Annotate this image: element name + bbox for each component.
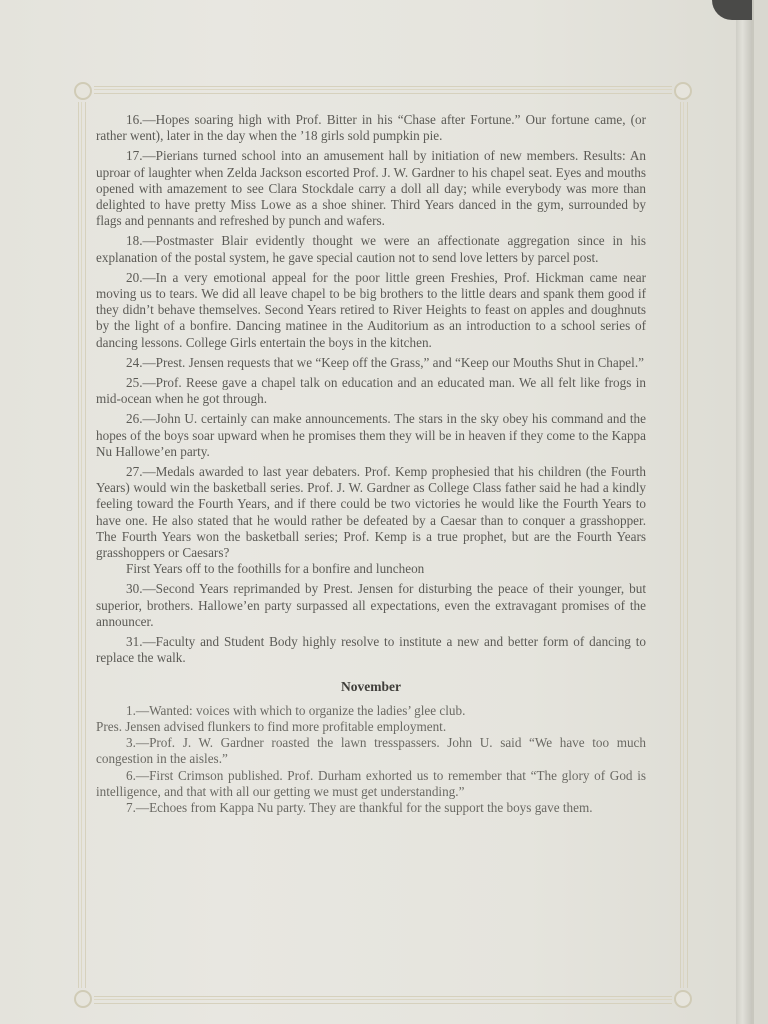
entry-nov-6: 6.—First Crimson published. Prof. Durham…: [96, 768, 646, 800]
entry-nov-1: 1.—Wanted: voices with which to organize…: [96, 703, 646, 719]
entry-oct-27-cont: First Years off to the foothills for a b…: [96, 561, 646, 577]
entry-oct-27: 27.—Medals awarded to last year debaters…: [96, 464, 646, 561]
entry-oct-24: 24.—Prest. Jensen requests that we “Keep…: [96, 355, 646, 371]
border-top: [94, 86, 672, 94]
page-text: 16.—Hopes soaring high with Prof. Bitter…: [96, 112, 646, 816]
corner-ornament-icon: [74, 82, 92, 100]
border-right: [680, 102, 688, 988]
corner-ornament-icon: [74, 990, 92, 1008]
entry-oct-30: 30.—Second Years reprimanded by Prest. J…: [96, 581, 646, 630]
entry-nov-7: 7.—Echoes from Kappa Nu party. They are …: [96, 800, 646, 816]
entry-oct-20: 20.—In a very emotional appeal for the p…: [96, 270, 646, 351]
entry-oct-18: 18.—Postmaster Blair evidently thought w…: [96, 233, 646, 265]
entry-nov-1-cont: Pres. Jensen advised flunkers to find mo…: [96, 719, 646, 735]
border-left: [78, 102, 86, 988]
corner-ornament-icon: [674, 82, 692, 100]
entry-oct-17: 17.—Pierians turned school into an amuse…: [96, 148, 646, 229]
entry-oct-26: 26.—John U. certainly can make announcem…: [96, 411, 646, 460]
book-page: 16.—Hopes soaring high with Prof. Bitter…: [0, 0, 754, 1024]
entry-nov-3: 3.—Prof. J. W. Gardner roasted the lawn …: [96, 735, 646, 767]
corner-ornament-icon: [674, 990, 692, 1008]
entry-oct-31: 31.—Faculty and Student Body highly reso…: [96, 634, 646, 666]
corner-shadow: [712, 0, 752, 20]
section-heading-november: November: [96, 679, 646, 695]
entry-oct-16: 16.—Hopes soaring high with Prof. Bitter…: [96, 112, 646, 144]
border-bottom: [94, 996, 672, 1004]
page-edge: [736, 0, 752, 1024]
entry-oct-25: 25.—Prof. Reese gave a chapel talk on ed…: [96, 375, 646, 407]
